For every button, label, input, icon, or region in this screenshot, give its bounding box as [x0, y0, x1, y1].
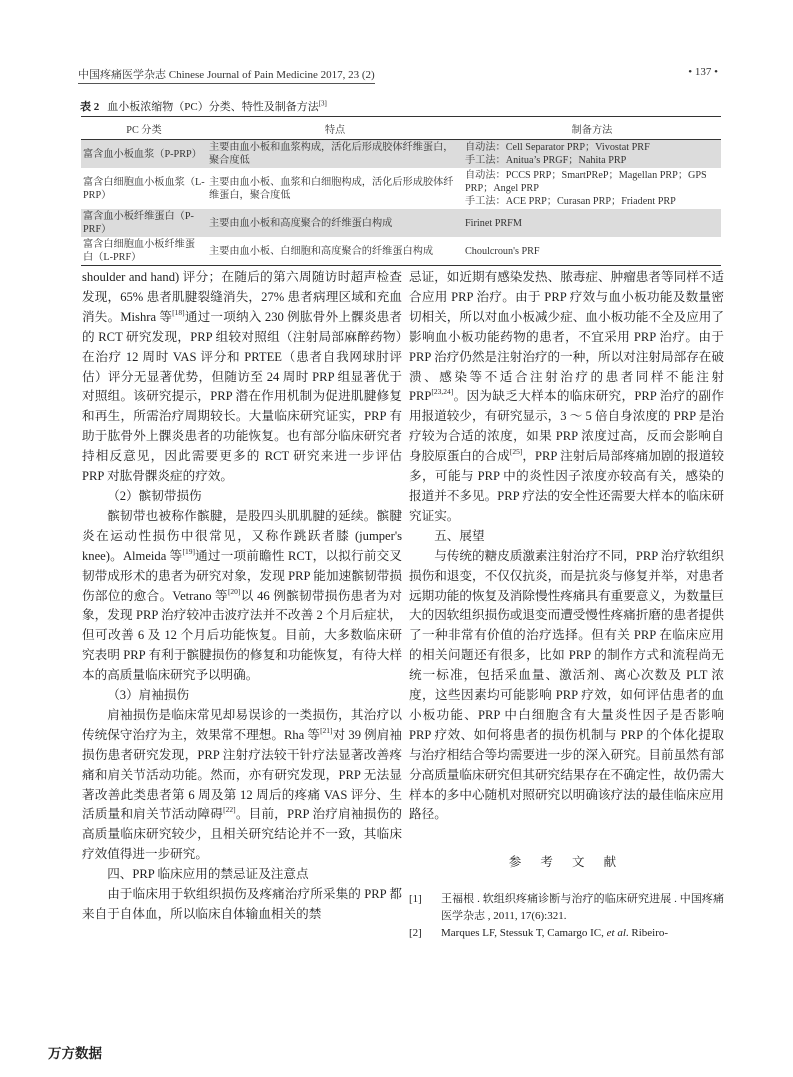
paragraph: 髌韧带也被称作髌腱，是股四头肌肌腱的延续。髌腱炎在运动性损伤中很常见，又称作跳跃…: [82, 507, 402, 686]
pc-classification-table: PC 分类 特点 制备方法 富含血小板血浆（P-PRP） 主要由血小板和血浆构成…: [81, 116, 721, 266]
method-line: 手工法：Anitua’s PRGF；Nahita PRP: [465, 154, 719, 167]
table-caption-text: 血小板浓缩物（PC）分类、特性及制备方法: [107, 101, 318, 113]
table-row: 富含血小板血浆（P-PRP） 主要由血小板和血浆构成，活化后形成胶体纤维蛋白，聚…: [81, 140, 721, 169]
table-header-methods: 制备方法: [463, 117, 721, 140]
reference-text: 王福根 . 软组织疼痛诊断与治疗的临床研究进展 . 中国疼痛医学杂志 , 201…: [441, 891, 724, 925]
table-row: 富含血小板纤维蛋白（P-PRF） 主要由血小板和高度聚合的纤维蛋白构成 Firi…: [81, 209, 721, 237]
method-line: 自动法：Cell Separator PRP；Vivostat PRF: [465, 141, 719, 154]
table-header-row: PC 分类 特点 制备方法: [81, 117, 721, 140]
section-heading: 五、展望: [409, 527, 724, 547]
paragraph: 忌证，如近期有感染发热、脓毒症、肿瘤患者等同样不适合应用 PRP 治疗。由于 P…: [409, 268, 724, 527]
method-line: 自动法：PCCS PRP；SmartPReP；Magellan PRP；GPS …: [465, 169, 719, 195]
text-run-italic: et al: [607, 927, 626, 939]
table-cell-methods: Firinet PRFM: [463, 209, 721, 237]
text-run: 通过一项纳入 230 例肱骨外上髁炎患者的 RCT 研究发现，PRP 组较对照组…: [82, 310, 402, 483]
text-run: 忌证，如近期有感染发热、脓毒症、肿瘤患者等同样不适合应用 PRP 治疗。由于 P…: [409, 270, 724, 403]
section-heading: 四、PRP 临床应用的禁忌证及注意点: [82, 865, 402, 885]
table-cell-category: 富含血小板纤维蛋白（P-PRF）: [81, 209, 207, 237]
paragraph: 肩袖损伤是临床常见却易误诊的一类损伤，其治疗以传统保守治疗为主，效果常不理想。R…: [82, 706, 402, 865]
citation: [22]: [223, 805, 236, 814]
right-column: 忌证，如近期有感染发热、脓毒症、肿瘤患者等同样不适合应用 PRP 治疗。由于 P…: [409, 268, 724, 942]
left-column: shoulder and hand) 评分；在随后的第六周随访时超声检查发现，6…: [82, 268, 402, 925]
method-line: 手工法：ACE PRP；Curasan PRP；Friadent PRP: [465, 195, 719, 208]
table-header-category: PC 分类: [81, 117, 207, 140]
table-cell-methods: 自动法：Cell Separator PRP；Vivostat PRF 手工法：…: [463, 140, 721, 169]
paragraph: shoulder and hand) 评分；在随后的第六周随访时超声检查发现，6…: [82, 268, 402, 487]
table-cell-features: 主要由血小板、血浆和白细胞构成，活化后形成胶体纤维蛋白，聚合度低: [207, 168, 463, 209]
journal-title: 中国疼痛医学杂志 Chinese Journal of Pain Medicin…: [78, 66, 375, 84]
table-label: 表 2: [80, 101, 99, 113]
reference-text: Marques LF, Stessuk T, Camargo IC, et al…: [441, 925, 724, 942]
page-number: • 137 •: [688, 66, 718, 78]
text-run: . Ribeiro-: [626, 927, 668, 939]
table-cell-features: 主要由血小板和血浆构成，活化后形成胶体纤维蛋白，聚合度低: [207, 140, 463, 169]
reference-number: [1]: [409, 891, 441, 925]
table-row: 富含白细胞血小板血浆（L-PRP） 主要由血小板、血浆和白细胞构成，活化后形成胶…: [81, 168, 721, 209]
citation: [23,24]: [431, 387, 453, 396]
reference-item: [1] 王福根 . 软组织疼痛诊断与治疗的临床研究进展 . 中国疼痛医学杂志 ,…: [409, 891, 724, 925]
table-row: 富含白细胞血小板纤维蛋白（L-PRF） 主要由血小板、白细胞和高度聚合的纤维蛋白…: [81, 237, 721, 266]
text-run: Marques LF, Stessuk T, Camargo IC,: [441, 927, 607, 939]
table-cell-category: 富含白细胞血小板纤维蛋白（L-PRF）: [81, 237, 207, 266]
table-cell-features: 主要由血小板、白细胞和高度聚合的纤维蛋白构成: [207, 237, 463, 266]
references-title: 参 考 文 献: [409, 853, 724, 873]
table-header-features: 特点: [207, 117, 463, 140]
citation: [20]: [228, 587, 241, 596]
table-caption: 表 2血小板浓缩物（PC）分类、特性及制备方法[3]: [80, 98, 327, 114]
subsection-heading: （3）肩袖损伤: [82, 686, 402, 706]
reference-item: [2] Marques LF, Stessuk T, Camargo IC, e…: [409, 925, 724, 942]
table-cell-methods: Choulcroun's PRF: [463, 237, 721, 266]
table-caption-ref: [3]: [319, 99, 327, 107]
paragraph: 由于临床用于软组织损伤及疼痛治疗所采集的 PRP 都来自于自体血，所以临床自体输…: [82, 885, 402, 925]
watermark: 万方数据: [48, 1042, 102, 1062]
subsection-heading: （2）髌韧带损伤: [82, 487, 402, 507]
table-cell-features: 主要由血小板和高度聚合的纤维蛋白构成: [207, 209, 463, 237]
paragraph: 与传统的糖皮质激素注射治疗不同，PRP 治疗软组织损伤和退变，不仅仅抗炎，而是抗…: [409, 547, 724, 826]
citation: [21]: [320, 726, 333, 735]
citation: [18]: [172, 308, 185, 317]
reference-number: [2]: [409, 925, 441, 942]
citation: [19]: [182, 547, 195, 556]
citation: [25]: [510, 447, 523, 456]
table-cell-category: 富含白细胞血小板血浆（L-PRP）: [81, 168, 207, 209]
table-cell-category: 富含血小板血浆（P-PRP）: [81, 140, 207, 169]
reference-list: [1] 王福根 . 软组织疼痛诊断与治疗的临床研究进展 . 中国疼痛医学杂志 ,…: [409, 891, 724, 942]
table-cell-methods: 自动法：PCCS PRP；SmartPReP；Magellan PRP；GPS …: [463, 168, 721, 209]
